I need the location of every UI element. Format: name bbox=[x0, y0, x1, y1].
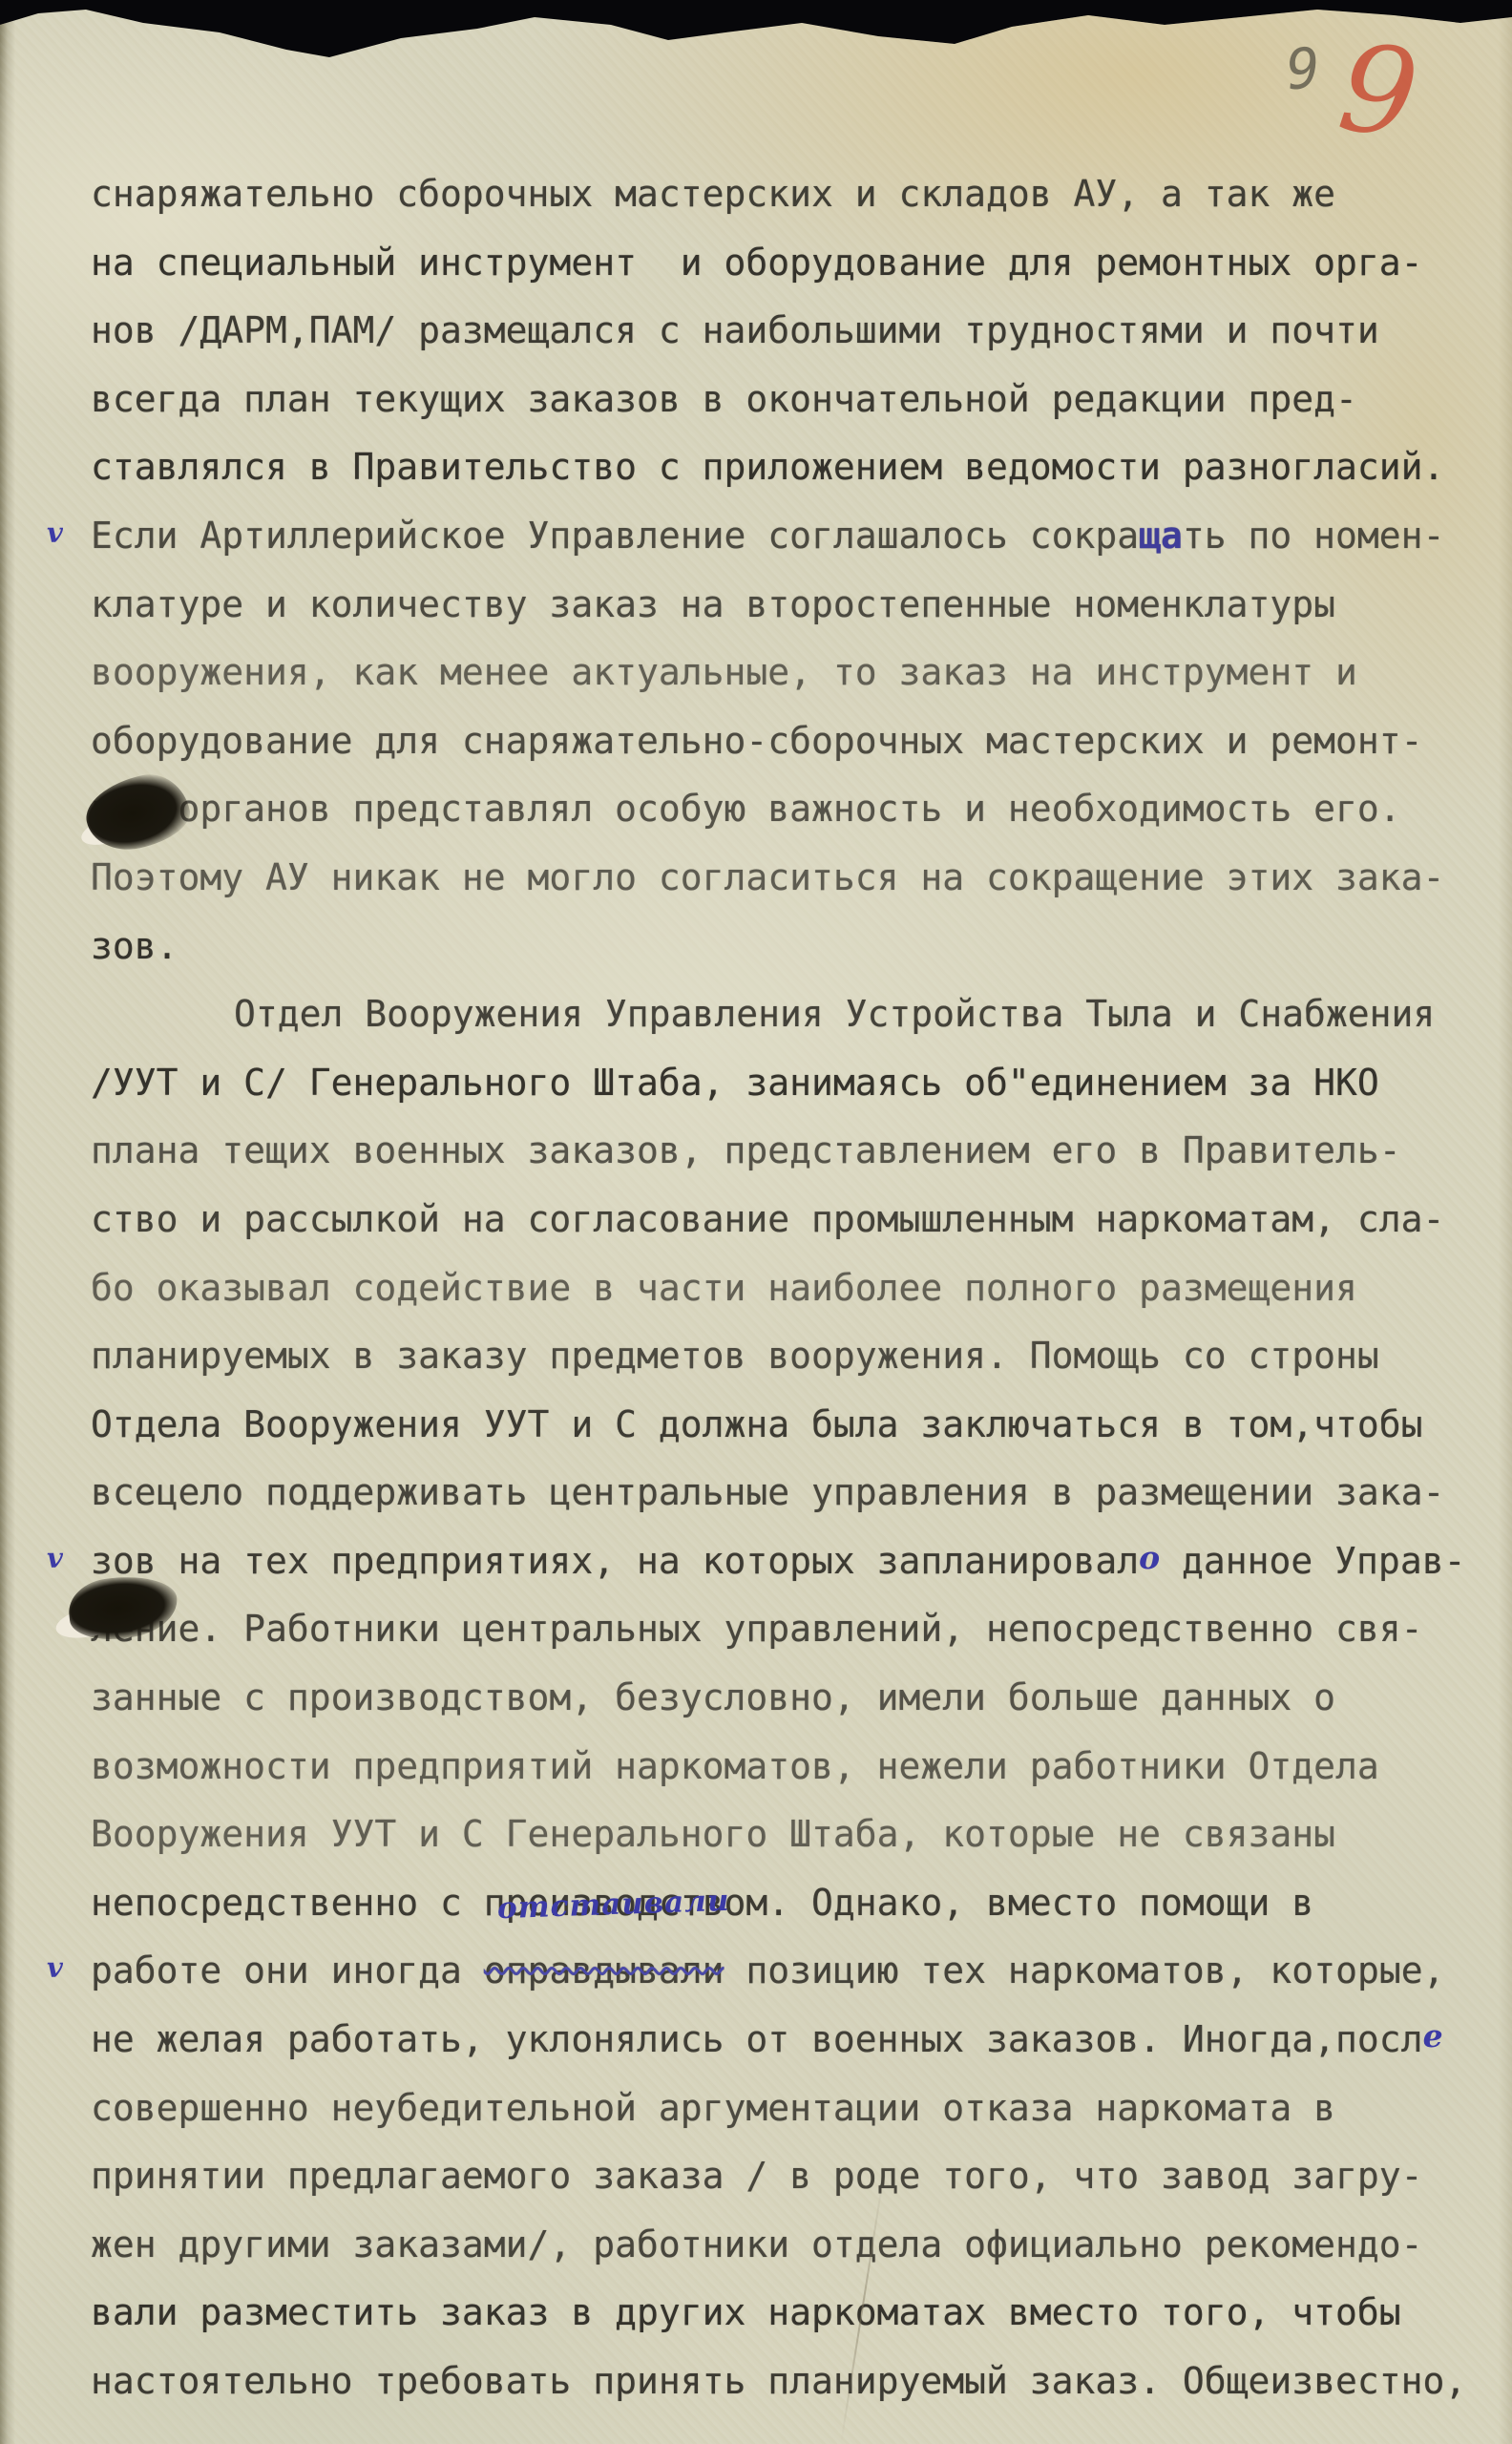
ink-annotation: оправдывали bbox=[484, 1949, 724, 1991]
text-line-14: /УУТ и С/ Генерального Штаба, занимаясь … bbox=[91, 1049, 1477, 1118]
text-line-22: ление. Работники центральных управлений,… bbox=[91, 1595, 1477, 1664]
text-line-28: не желая работать, уклонялись от военных… bbox=[91, 2006, 1477, 2075]
text-line-23: занные с производством, безусловно, имел… bbox=[91, 1664, 1477, 1733]
typed-text: ставлялся в Правительство с приложением … bbox=[91, 446, 1444, 488]
typed-text: на специальный инструмент и оборудование… bbox=[91, 242, 1423, 284]
typed-text: ление. Работники центральных управлений,… bbox=[91, 1608, 1423, 1650]
typed-text: всегда план текущих заказов в окончатель… bbox=[91, 378, 1357, 420]
text-line-13: Отдел Вооружения Управления Устройства Т… bbox=[91, 980, 1477, 1049]
typed-text: данное Управ- bbox=[1160, 1540, 1465, 1582]
text-line-21: vзов на тех предприятиях, на которых зап… bbox=[91, 1527, 1477, 1596]
typed-text: ть по номен- bbox=[1183, 515, 1445, 557]
typed-text: ство и рассылкой на согласование промышл… bbox=[91, 1198, 1444, 1240]
text-line-18: планируемых в заказу предметов вооружени… bbox=[91, 1322, 1477, 1391]
text-line-29: совершенно неубедительной аргументации о… bbox=[91, 2075, 1477, 2143]
margin-checkmark: v bbox=[47, 1949, 63, 1987]
typed-text: ных органов представлял особую важность … bbox=[91, 788, 1401, 830]
text-line-32: вали разместить заказ в других наркомата… bbox=[91, 2279, 1477, 2348]
margin-checkmark: v bbox=[47, 514, 63, 552]
text-line-20: всецело поддерживать центральные управле… bbox=[91, 1459, 1477, 1527]
typed-text: вали разместить заказ в других наркомата… bbox=[91, 2291, 1401, 2333]
text-line-19: Отдела Вооружения УУТ и С должна была за… bbox=[91, 1391, 1477, 1460]
text-line-12: зов. bbox=[91, 913, 1477, 981]
text-line-15: плана тещих военных заказов, представлен… bbox=[91, 1117, 1477, 1186]
text-line-31: жен другими заказами/, работники отдела … bbox=[91, 2211, 1477, 2280]
typed-text: зов на тех предприятиях, на которых запл… bbox=[91, 1540, 1139, 1582]
text-line-3: нов /ДАРМ,ПАМ/ размещался с наибольшими … bbox=[91, 297, 1477, 366]
text-line-30: принятии предлагаемого заказа / в роде т… bbox=[91, 2142, 1477, 2211]
text-line-1: снаряжательно сборочных мастерских и скл… bbox=[91, 160, 1477, 229]
handwritten-page-number: 9 bbox=[1332, 17, 1424, 166]
text-line-2: на специальный инструмент и оборудование… bbox=[91, 229, 1477, 298]
handwritten-correction: отстаивали bbox=[496, 1880, 730, 1929]
text-line-4: всегда план текущих заказов в окончатель… bbox=[91, 366, 1477, 434]
typed-text: всецело поддерживать центральные управле… bbox=[91, 1471, 1444, 1513]
typed-text: вооружения, как менее актуальные, то зак… bbox=[91, 651, 1357, 693]
typed-text: Вооружения УУТ и С Генерального Штаба, к… bbox=[91, 1813, 1335, 1855]
text-line-7: клатуре и количеству заказ на второстепе… bbox=[91, 571, 1477, 640]
typed-text: совершенно неубедительной аргументации о… bbox=[91, 2087, 1335, 2129]
typed-text: плана тещих военных заказов, представлен… bbox=[91, 1129, 1401, 1171]
typed-text: не желая работать, уклонялись от военных… bbox=[91, 2018, 1423, 2060]
text-line-11: Поэтому АУ никак не могло согласиться на… bbox=[91, 844, 1477, 913]
ink-annotation: ща bbox=[1139, 515, 1183, 557]
ink-annotation: о bbox=[1139, 1539, 1160, 1576]
text-line-25: Вооружения УУТ и С Генерального Штаба, к… bbox=[91, 1801, 1477, 1869]
typed-text: бо оказывал содействие в части наиболее … bbox=[91, 1267, 1357, 1309]
margin-checkmark: v bbox=[47, 1539, 63, 1577]
text-line-6: vЕсли Артиллерийское Управление соглашал… bbox=[91, 502, 1477, 571]
typed-text: клатуре и количеству заказ на второстепе… bbox=[91, 583, 1335, 625]
text-line-26: непосредственно с производством. Однако,… bbox=[91, 1869, 1477, 1938]
typed-text: настоятельно требовать принять планируем… bbox=[91, 2360, 1466, 2402]
typed-text: оборудование для снаряжательно-сборочных… bbox=[91, 720, 1423, 762]
text-line-17: бо оказывал содействие в части наиболее … bbox=[91, 1254, 1477, 1323]
typed-text: работе они иногда bbox=[91, 1949, 484, 1991]
typed-text: снаряжательно сборочных мастерских и скл… bbox=[91, 173, 1335, 215]
text-line-27: vработе они иногда оправдывали позицию т… bbox=[91, 1937, 1477, 2006]
text-line-9: оборудование для снаряжательно-сборочных… bbox=[91, 707, 1477, 776]
text-line-8: вооружения, как менее актуальные, то зак… bbox=[91, 639, 1477, 707]
typed-text: Отдел Вооружения Управления Устройства Т… bbox=[234, 993, 1435, 1035]
typed-text: занные с производством, безусловно, имел… bbox=[91, 1676, 1335, 1718]
text-line-33: настоятельно требовать принять планируем… bbox=[91, 2348, 1477, 2416]
typed-text: /УУТ и С/ Генерального Штаба, занимаясь … bbox=[91, 1062, 1379, 1104]
typed-text: Поэтому АУ никак не могло согласиться на… bbox=[91, 856, 1444, 898]
typed-text: возможности предприятий наркоматов, неже… bbox=[91, 1745, 1379, 1787]
text-line-5: ставлялся в Правительство с приложением … bbox=[91, 433, 1477, 502]
document-page: 9 9 снаряжательно сборочных мастерских и… bbox=[0, 0, 1512, 2444]
text-line-24: возможности предприятий наркоматов, неже… bbox=[91, 1733, 1477, 1801]
ink-annotation: е bbox=[1423, 2017, 1443, 2054]
typed-text: жен другими заказами/, работники отдела … bbox=[91, 2223, 1423, 2265]
typed-text: Отдела Вооружения УУТ и С должна была за… bbox=[91, 1403, 1423, 1445]
typed-text: позицию тех наркоматов, которые, bbox=[724, 1949, 1444, 1991]
text-block: снаряжательно сборочных мастерских и скл… bbox=[91, 160, 1477, 2416]
typed-text: планируемых в заказу предметов вооружени… bbox=[91, 1335, 1379, 1377]
typed-page-number: 9 bbox=[1284, 35, 1323, 103]
typed-text: Если Артиллерийское Управление соглашало… bbox=[91, 515, 1139, 557]
text-line-16: ство и рассылкой на согласование промышл… bbox=[91, 1186, 1477, 1254]
typed-text: принятии предлагаемого заказа / в роде т… bbox=[91, 2155, 1423, 2197]
typed-text: нов /ДАРМ,ПАМ/ размещался с наибольшими … bbox=[91, 309, 1379, 351]
text-line-10: ных органов представлял особую важность … bbox=[91, 775, 1477, 844]
typed-text: зов. bbox=[91, 925, 178, 967]
